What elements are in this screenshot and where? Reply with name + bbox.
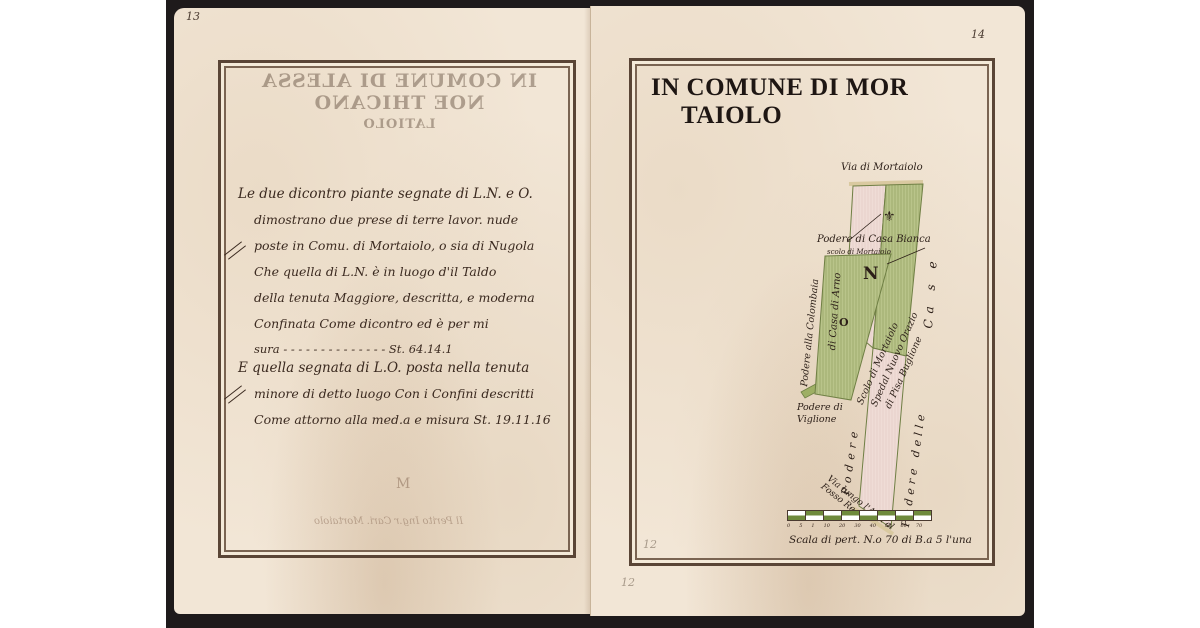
folio-number: 13 xyxy=(186,10,200,23)
scale-tick: 60 xyxy=(900,523,906,529)
scale-segment xyxy=(842,511,860,520)
label-top-road: Via di Mortaiolo xyxy=(841,162,923,173)
bleed-footer: Il Perito Ing.r Cari. Mortaiolo xyxy=(314,516,463,527)
scale-tick: 1 xyxy=(811,523,814,529)
text-line-measure: sura - - - - - - - - - - - - - - St. 64.… xyxy=(254,342,453,356)
label-o-bottom: Podere di Viglione xyxy=(797,402,857,426)
pencil-page-number: 12 xyxy=(643,538,657,551)
scale-segment xyxy=(788,511,806,520)
label-o-top: Podere di Casa Bianca xyxy=(817,234,931,245)
scale-caption: Scala di pert. N.o 70 di B.a 5 l'una xyxy=(789,534,972,546)
scale-tick-labels: 0 5 1 10 20 30 40 50 60 70 xyxy=(787,523,922,529)
scale-segment xyxy=(806,511,824,520)
text-line: poste in Comu. di Mortaiolo, o sia di Nu… xyxy=(254,238,534,253)
text-line: dimostrano due prese di terre lavor. nud… xyxy=(254,212,518,227)
scale-segment xyxy=(824,511,842,520)
text-line: Che quella di L.N. è in luogo d'il Taldo xyxy=(254,264,496,279)
right-page: 14 IN COMUNE DI MOR TAIOLO xyxy=(590,6,1025,616)
label-o-top-ditch: scolo di Mortaiolo xyxy=(827,248,891,256)
fleur-de-lis-icon: ⚜ xyxy=(883,209,896,225)
text-line: della tenuta Maggiore, descritta, e mode… xyxy=(254,290,535,305)
map-scale-bar xyxy=(787,510,932,521)
scale-tick: 0 xyxy=(787,523,790,529)
open-book-spread: 13 IN COMUNE DI ALESSA NOE THICANO LATIO… xyxy=(166,0,1034,628)
pencil-page-number-outer: 12 xyxy=(621,576,635,589)
text-line: Confinata Come dicontro ed è per mi xyxy=(254,316,489,331)
scale-tick: 30 xyxy=(854,523,860,529)
scale-tick: 50 xyxy=(885,523,891,529)
parcel-label-n: N xyxy=(863,264,879,284)
bleed-line: LATIOLO xyxy=(234,114,564,136)
text-line: minore di detto luogo Con i Confini desc… xyxy=(254,386,534,401)
scale-tick: 70 xyxy=(916,523,922,529)
scale-tick: 10 xyxy=(824,523,830,529)
scale-segment xyxy=(878,511,896,520)
scale-tick: 5 xyxy=(799,523,802,529)
mirror-bleed-title: IN COMUNE DI ALESSA NOE THICANO LATIOLO xyxy=(234,70,564,136)
text-line: Le due dicontro piante segnate di L.N. e… xyxy=(238,186,533,202)
road-top xyxy=(849,182,923,184)
parcel-label-o: O xyxy=(839,316,849,329)
scale-segment xyxy=(860,511,878,520)
text-line: E quella segnata di L.O. posta nella ten… xyxy=(238,360,529,376)
bleed-letter: M xyxy=(396,476,410,492)
scale-tick: 40 xyxy=(870,523,876,529)
left-page: 13 IN COMUNE DI ALESSA NOE THICANO LATIO… xyxy=(174,8,594,614)
bleed-line: NOE THICANO xyxy=(234,92,564,114)
bleed-line: IN COMUNE DI ALESSA xyxy=(234,70,564,92)
scale-segment xyxy=(914,511,931,520)
scale-tick: 20 xyxy=(839,523,845,529)
scale-segment xyxy=(896,511,914,520)
text-line: Come attorno alla med.a e misura St. 19.… xyxy=(254,412,551,427)
